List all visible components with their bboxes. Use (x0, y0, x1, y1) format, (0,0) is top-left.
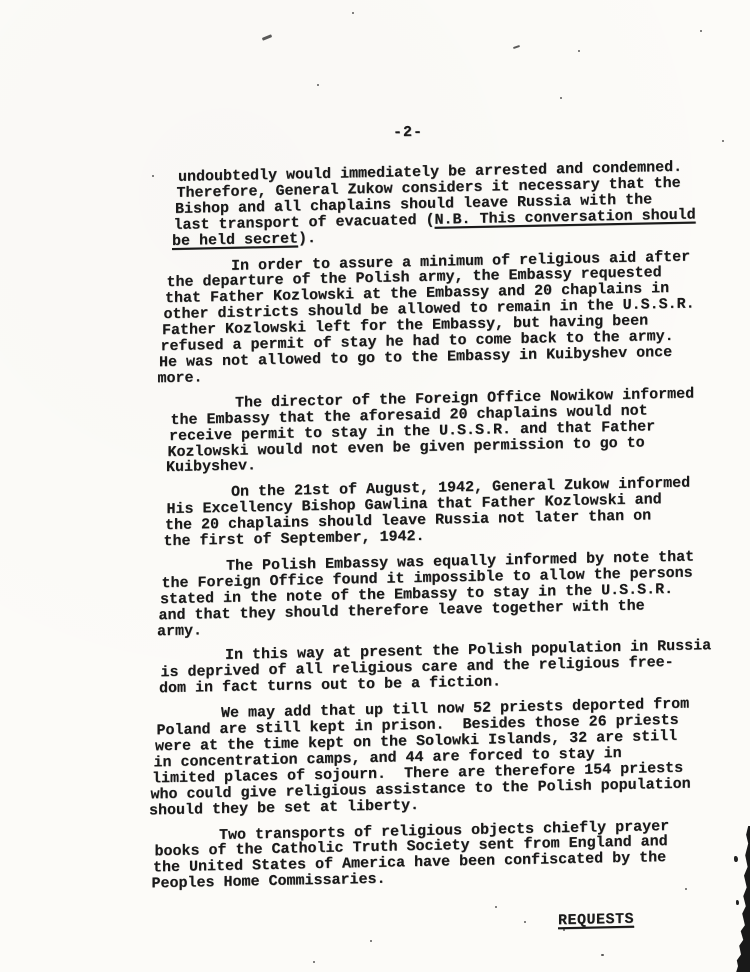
page-number: -2- (393, 124, 423, 141)
scan-artifact-blob (734, 856, 738, 862)
scan-speck (578, 50, 580, 52)
scan-speck (513, 45, 520, 49)
paragraph: In this way at present the Polish popula… (162, 638, 750, 698)
text-segment: ). (298, 230, 316, 247)
paragraph: We may add that up till now 52 priests d… (158, 695, 750, 818)
scan-speck (370, 940, 372, 942)
scan-speck (700, 30, 702, 32)
scan-speck (262, 34, 272, 41)
paragraph: The director of the Foreign Office Nowik… (172, 385, 750, 476)
paragraph: In order to assure a minimum of religiou… (168, 248, 750, 387)
scan-speck (563, 929, 565, 931)
scan-speck (313, 961, 315, 963)
paragraph: On the 21st of August, 1942, General Zuk… (168, 475, 750, 550)
scan-speck (495, 906, 497, 908)
scan-speck (152, 175, 154, 177)
document-body: undoubtedly would immediately be arreste… (170, 158, 750, 937)
scan-speck (601, 954, 604, 956)
scan-speck (524, 921, 526, 923)
scan-speck (685, 888, 687, 890)
paragraph: undoubtedly would immediately be arreste… (178, 158, 750, 249)
scan-speck (317, 84, 319, 86)
scan-speck (352, 12, 354, 14)
paragraph: Two transports of religious objects chie… (156, 817, 750, 893)
scan-speck (560, 97, 562, 99)
underlined-text: be held secret (172, 230, 298, 250)
footer-heading: REQUESTS (558, 909, 750, 929)
scan-speck (722, 140, 724, 142)
paragraph: The Polish Embassy was equally informed … (163, 548, 750, 639)
scan-artifact-blob (736, 900, 739, 905)
scanned-page: -2- undoubtedly would immediately be arr… (0, 0, 750, 972)
